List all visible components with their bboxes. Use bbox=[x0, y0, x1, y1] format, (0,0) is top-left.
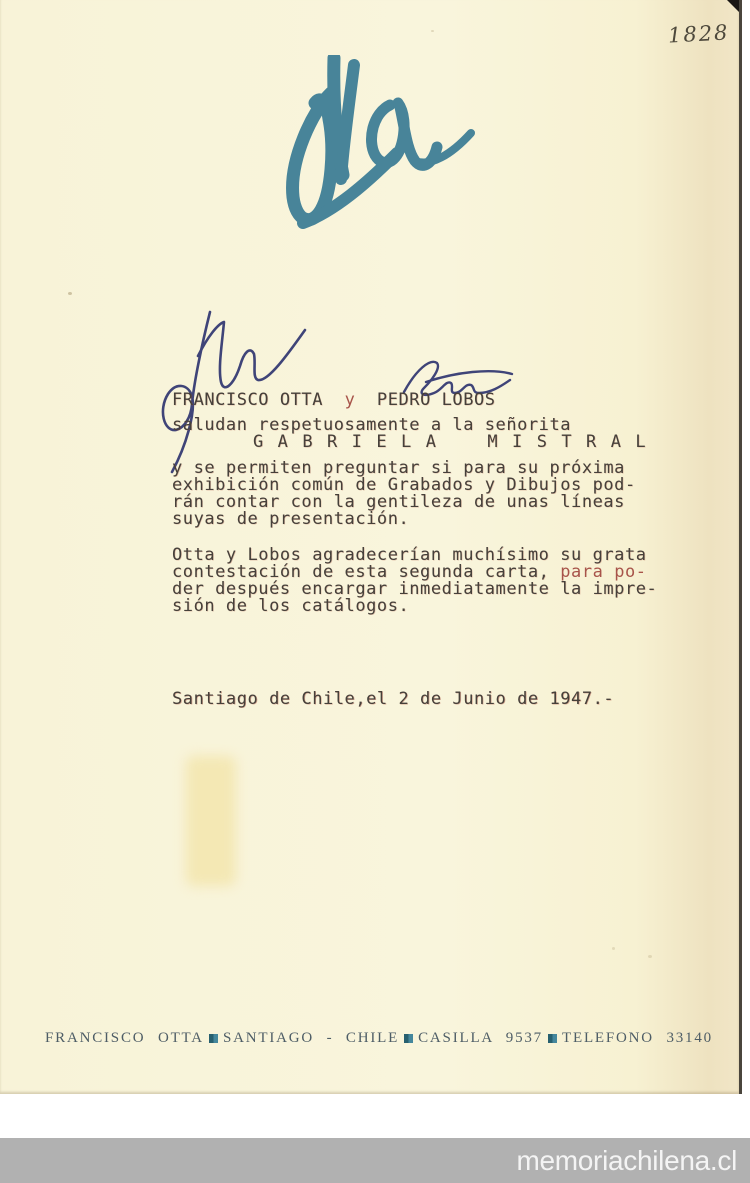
names-part2: PEDRO LOBOS bbox=[355, 390, 495, 410]
paper-stain bbox=[186, 756, 236, 886]
paragraph1-line4: suyas de presentación. bbox=[172, 511, 409, 528]
separator-square-icon bbox=[404, 1034, 413, 1043]
footer-name: FRANCISCO OTTA bbox=[45, 1030, 204, 1047]
footer-telephone: TELEFONO 33140 bbox=[562, 1030, 713, 1047]
scanned-letter-page: 1828 FRANCISCO OTTA y PEDRO LOBOS saluda… bbox=[0, 0, 742, 1094]
footer-city: SANTIAGO - CHILE bbox=[223, 1030, 399, 1047]
scan-corner-mark bbox=[727, 0, 739, 12]
footer-po-box: CASILLA 9537 bbox=[418, 1030, 543, 1047]
otta-brush-logo bbox=[255, 55, 485, 240]
otta-signature bbox=[148, 296, 323, 481]
paper-speck bbox=[648, 955, 652, 958]
names-line: FRANCISCO OTTA y PEDRO LOBOS bbox=[172, 392, 496, 409]
paper-speck bbox=[68, 292, 72, 295]
separator-square-icon bbox=[209, 1034, 218, 1043]
watermark-text: memoriachilena.cl bbox=[516, 1138, 750, 1183]
watermark-bar: memoriachilena.cl bbox=[0, 1138, 750, 1183]
handwritten-page-number: 1828 bbox=[667, 20, 730, 47]
date-line: Santiago de Chile,el 2 de Junio de 1947.… bbox=[172, 691, 614, 708]
letterhead-footer: FRANCISCO OTTA SANTIAGO - CHILE CASILLA … bbox=[45, 1029, 713, 1047]
paper-speck bbox=[431, 30, 434, 32]
names-part1: FRANCISCO OTTA bbox=[172, 390, 345, 410]
separator-square-icon bbox=[548, 1034, 557, 1043]
paragraph2-line4: sión de los catálogos. bbox=[172, 598, 409, 615]
recipient-line: G A B R I E L A M I S T R A L bbox=[253, 434, 648, 451]
names-conjunction: y bbox=[345, 390, 356, 410]
paper-speck bbox=[612, 947, 615, 950]
